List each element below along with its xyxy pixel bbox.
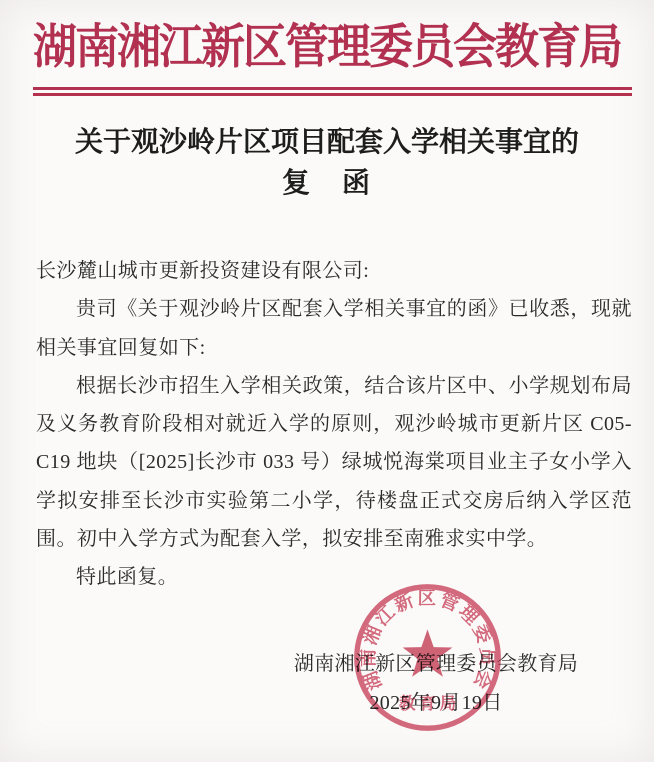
closing-line: 特此函复。 xyxy=(36,558,632,596)
addressee-line: 长沙麓山城市更新投资建设有限公司: xyxy=(36,252,632,290)
signature-date: 2025年9月19日 xyxy=(280,684,592,723)
document-page: 湖南湘江新区管理委员会教育局 关于观沙岭片区项目配套入学相关事宜的 复 函 长沙… xyxy=(0,0,654,762)
doc-title-line1: 关于观沙岭片区项目配套入学相关事宜的 xyxy=(0,122,654,163)
signature-block: 湖南湘江新区管理委员会教育局 2025年9月19日 xyxy=(280,645,592,722)
signature-agency: 湖南湘江新区管理委员会教育局 xyxy=(280,645,592,684)
doc-title-line2: 复 函 xyxy=(0,163,654,204)
letter-body: 长沙麓山城市更新投资建设有限公司: 贵司《关于观沙岭片区配套入学相关事宜的函》已… xyxy=(36,252,632,597)
body-paragraph-2: 根据长沙市招生入学相关政策，结合该片区中、小学规划布局及义务教育阶段相对就近入学… xyxy=(36,367,632,558)
letterhead-rule xyxy=(33,87,632,96)
body-paragraph-1: 贵司《关于观沙岭片区配套入学相关事宜的函》已收悉，现就相关事宜回复如下: xyxy=(36,290,632,367)
letterhead-agency: 湖南湘江新区管理委员会教育局 xyxy=(0,6,654,90)
doc-title: 关于观沙岭片区项目配套入学相关事宜的 复 函 xyxy=(0,122,654,204)
